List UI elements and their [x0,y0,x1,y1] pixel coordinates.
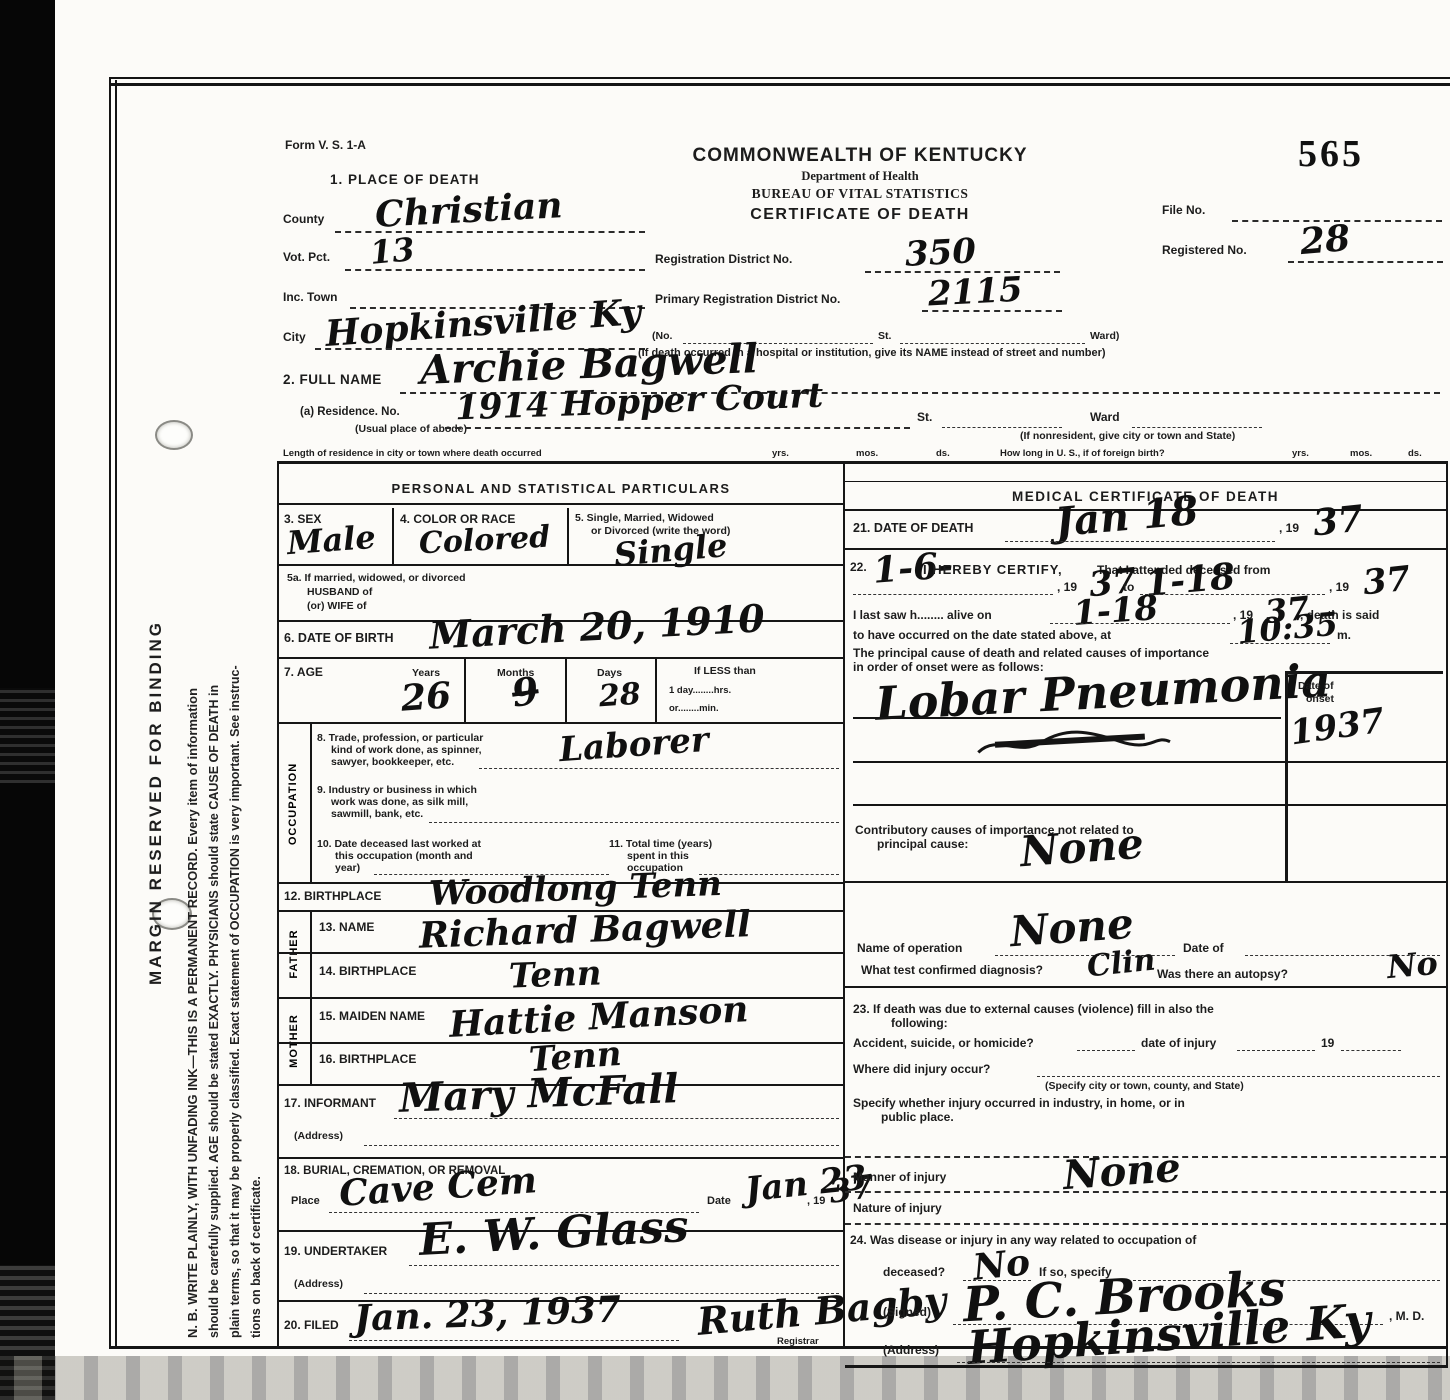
occupation-side-label: OCCUPATION [287,729,299,879]
county-value: Christian [374,187,563,233]
total-time-label-1: 11. Total time (years) [609,838,712,850]
margin-note-line-2: should be carefully supplied. AGE should… [207,685,221,1338]
dob-label: 6. DATE OF BIRTH [284,631,394,645]
date-of-onset-box: Date of onset 1937 [1285,671,1443,883]
informant-value: Mary McFall [398,1069,679,1119]
certificate-number: 565 [1298,132,1364,176]
onset-label-1: Date of [1298,680,1334,692]
primary-district-line [922,310,1062,312]
manner-value: None [1062,1148,1182,1196]
injury-19-label: 19 [1321,1036,1334,1050]
vot-pct-line [345,269,645,271]
dod-year-value: 37 [1311,500,1365,541]
signed-label: (Signed) [883,1305,931,1319]
birthplace-value: Woodlong Tenn [428,867,722,911]
vot-pct-value: 13 [369,233,416,269]
onset-value: 1937 [1288,704,1386,751]
primary-district-label: Primary Registration District No. [655,292,840,306]
file-no-label: File No. [1162,203,1205,217]
father-birthplace-value: Tenn [508,956,602,993]
place-of-death-title: 1. PLACE OF DEATH [330,172,480,187]
registered-no-value: 28 [1299,220,1352,260]
husband-label: HUSBAND of [307,586,372,598]
dob-row: 6. DATE OF BIRTH March 20, 1910 [279,622,843,659]
autopsy-value: No [1386,947,1439,983]
last-worked-label-2: this occupation (month and [335,850,473,862]
trade-label-1: 8. Trade, profession, or particular [317,732,483,744]
length-mos-label: mos. [856,448,878,459]
uslong-label: How long in U. S., if of foreign birth? [1000,448,1165,459]
personal-title-row: PERSONAL AND STATISTICAL PARTICULARS [279,467,843,505]
q22-number: 22. [850,560,867,574]
filed-date-line [349,1340,679,1341]
reg-district-label: Registration District No. [655,252,792,266]
manner-label: Manner of injury [853,1170,946,1184]
physician-address-line [957,1362,1440,1363]
industry-line [429,822,839,823]
form-number: Form V. S. 1-A [285,138,366,152]
md-label: , M. D. [1389,1309,1424,1323]
or-min-label: or........min. [669,703,719,714]
nature-label: Nature of injury [853,1201,942,1215]
department-title: Department of Health [650,169,1070,184]
street-st-label: St. [878,330,891,342]
industry-label-2: work was done, as silk mill, [331,796,468,808]
medical-column: MEDICAL CERTIFICATE OF DEATH 21. DATE OF… [845,461,1448,1368]
m-label: m. [1337,628,1351,642]
trade-value: Laborer [558,723,710,767]
birthplace-label: 12. BIRTHPLACE [284,889,381,903]
father-birthplace-row: 14. BIRTHPLACE Tenn [279,954,843,999]
father-name-value: Richard Bagwell [418,906,751,954]
deceased-label: deceased? [883,1265,945,1279]
specify-label-2: public place. [881,1110,954,1124]
certificate-title: CERTIFICATE OF DEATH [650,206,1070,224]
registered-no-label: Registered No. [1162,243,1247,257]
accident-label: Accident, suicide, or homicide? [853,1036,1034,1050]
registered-no-line [1288,261,1443,263]
punch-hole-top [155,420,193,450]
onset-label-2: onset [1306,693,1334,705]
certify-year-b: 37 [1361,562,1412,601]
residence-st-label: St. [917,410,932,424]
certify-to-value: 1-18 [1144,558,1237,602]
date-of-death-row: 21. DATE OF DEATH Jan 18 , 19 37 [845,511,1446,550]
contributory-label-2: principal cause: [877,837,968,851]
filed-row: 20. FILED Jan. 23, 1937 Ruth Bagby Regis… [279,1302,843,1349]
reg-district-value: 350 [904,234,977,272]
dod-19-label: , 19 [1279,521,1299,535]
time-line [1230,643,1330,644]
trade-label-2: kind of work done, as spinner, [331,744,482,756]
cause-rule-1 [853,717,1281,719]
date-injury-label: date of injury [1141,1036,1216,1050]
border-top-inner [110,83,1450,86]
specify-label-1: Specify whether injury occurred in indus… [853,1096,1185,1110]
total-time-label-2: spent in this [627,850,689,862]
residence-ward-line [1132,427,1262,428]
mother-name-label: 15. MAIDEN NAME [319,1009,425,1023]
contributory-value: None [1019,823,1145,874]
married-label: 5a. If married, widowed, or divorced [287,572,466,584]
undertaker-line [409,1265,839,1266]
dod-label: 21. DATE OF DEATH [853,521,973,535]
filed-label: 20. FILED [284,1318,339,1332]
margin-note-line-3: plain terms, so that it may be properly … [228,665,242,1338]
uslong-ds-label: ds. [1408,448,1422,459]
marital-label-1: 5. Single, Married, Widowed [575,512,714,524]
age-div-1 [464,659,466,722]
sex-race-marital-row: 3. SEX Male 4. COLOR OR RACE Colored 5. … [279,508,843,566]
industry-label-1: 9. Industry or business in which [317,784,477,796]
trade-line [479,768,839,769]
length-yrs-label: yrs. [772,448,789,459]
film-streaks-top [0,688,55,783]
marital-value: Single [613,529,729,571]
uslong-yrs-label: yrs. [1292,448,1309,459]
race-marital-divider [567,508,569,564]
margin-note-line-1: N. B. WRITE PLAINLY, WITH UNFADING INK—T… [185,688,200,1338]
occurred-label: to have occurred on the date stated abov… [853,628,1111,642]
sex-race-divider [392,508,394,564]
informant-address-line [364,1145,839,1146]
father-birthplace-label: 14. BIRTHPLACE [319,964,416,978]
test-label: What test confirmed diagnosis? [861,963,1043,977]
border-left-inner [115,80,117,1349]
informant-label: 17. INFORMANT [284,1096,376,1110]
father-name-label: 13. NAME [319,920,374,934]
vot-pct-label: Vot. Pct. [283,250,330,264]
accident-line [1077,1050,1135,1051]
certify-from-line [853,594,1053,595]
where-injury-line [1037,1076,1440,1077]
manner-of-injury-row: Manner of injury None [845,1158,1446,1193]
residence-ward-label: Ward [1090,410,1120,424]
struck-out-word-scribble [970,723,1181,762]
border-left-outer [109,77,111,1349]
occupation-relation-block: 24. Was disease or injury in any way rel… [845,1225,1446,1368]
dod-line [1005,541,1275,542]
principal-cause-label-1: The principal cause of death and related… [853,646,1209,660]
operation-label: Name of operation [857,941,962,955]
primary-district-value: 2115 [927,273,1023,312]
industry-label-3: sawmill, bank, etc. [331,808,423,820]
date-injury-line [1237,1050,1315,1051]
last-saw-label: I last saw h........ alive on [853,608,992,622]
residence-label: (a) Residence. No. [300,406,400,418]
mother-birthplace-label: 16. BIRTHPLACE [319,1052,416,1066]
test-value: Clin [1086,946,1157,983]
age-row: 7. AGE Years 26 Months 9 Days 28 If LESS… [279,659,843,724]
inc-town-label: Inc. Town [283,290,337,304]
informant-row: 17. INFORMANT Mary McFall (Address) [279,1086,843,1159]
age-label: 7. AGE [284,665,323,679]
city-label: City [283,330,306,344]
street-ward-label: Ward) [1090,330,1119,342]
burial-place-label: Place [291,1195,320,1207]
personal-column: PERSONAL AND STATISTICAL PARTICULARS 3. … [277,461,845,1349]
nature-of-injury-row: Nature of injury [845,1193,1446,1225]
dod-value: Jan 18 [1054,491,1200,543]
specify-city-label: (Specify city or town, county, and State… [1045,1080,1244,1092]
border-top-outer [110,77,1450,79]
residence-line [445,427,910,429]
street-st-line [900,343,1085,344]
one-day-label: 1 day........hrs. [669,685,731,696]
operation-test-block: None Name of operation Date of What test… [845,883,1446,988]
full-name-label: 2. FULL NAME [283,372,382,387]
certify-bold-label: I HEREBY CERTIFY, [923,562,1063,577]
cause-of-death-area: Lobar Pneumonia Date of onset 1937 Contr… [845,675,1446,883]
operation-date-label: Date of [1183,941,1224,955]
age-div-2 [565,659,567,722]
burial-date-label: Date [707,1195,731,1207]
age-days-value: 28 [598,680,642,713]
medical-title-topline [845,481,1446,482]
physician-address-label: (Address) [883,1343,939,1357]
certify-19b-label: , 19 [1329,580,1349,594]
last-worked-label-1: 10. Date deceased last worked at [317,838,481,850]
uslong-mos-label: mos. [1350,448,1372,459]
burial-19-label: , 19 [807,1195,825,1207]
commonwealth-title: COMMONWEALTH OF KENTUCKY [650,145,1070,167]
sex-value: Male [286,521,377,559]
informant-address-label: (Address) [294,1130,343,1142]
nonresident-note: (If nonresident, give city or town and S… [1020,430,1235,442]
county-label: County [283,212,324,226]
age-months-value: 9 [509,671,540,712]
autopsy-label: Was there an autopsy? [1157,967,1288,981]
residence-st-line [942,427,1062,428]
certify-block: 22. 1-6- I HEREBY CERTIFY, That I attend… [845,550,1446,675]
trade-label-3: sawyer, bookkeeper, etc. [331,756,454,768]
father-name-row: 13. NAME Richard Bagwell [279,912,843,954]
less-than-label: If LESS than [694,665,756,677]
certify-19a-label: , 19 [1057,580,1077,594]
undertaker-address-label: (Address) [294,1278,343,1290]
occupation-row: OCCUPATION 8. Trade, profession, or part… [279,724,843,884]
age-years-value: 26 [400,677,452,716]
filed-date-value: Jan. 23, 1937 [353,1291,621,1336]
undertaker-value: E. W. Glass [418,1205,690,1263]
length-ds-label: ds. [936,448,950,459]
informant-line [394,1118,839,1119]
external-causes-block: 23. If death was due to external causes … [845,988,1446,1158]
margin-note-line-4: tions on back of certificate. [249,1176,263,1338]
last-saw-line [1050,623,1230,624]
personal-title: PERSONAL AND STATISTICAL PARTICULARS [279,481,843,496]
age-div-3 [655,659,657,722]
last-saw-value: 1-18 [1072,591,1159,631]
q23-label-2: following: [891,1016,948,1030]
bureau-title: BUREAU OF VITAL STATISTICS [650,186,1070,202]
birthplace-row: 12. BIRTHPLACE Woodlong Tenn [279,884,843,912]
last-worked-label-3: year) [335,862,360,874]
margin-reserved-note: MARGIN RESERVED FOR BINDING [146,620,166,985]
where-injury-label: Where did injury occur? [853,1062,990,1076]
abode-note: (Usual place of abode) [355,423,467,435]
registrar-label: Registrar [777,1336,819,1347]
injury-19-line [1341,1050,1401,1051]
wife-label: (or) WIFE of [307,600,366,612]
undertaker-label: 19. UNDERTAKER [284,1244,387,1258]
race-value: Colored [418,523,551,560]
length-residence-label: Length of residence in city or town wher… [283,448,542,459]
q23-label-1: 23. If death was due to external causes … [853,1002,1214,1016]
